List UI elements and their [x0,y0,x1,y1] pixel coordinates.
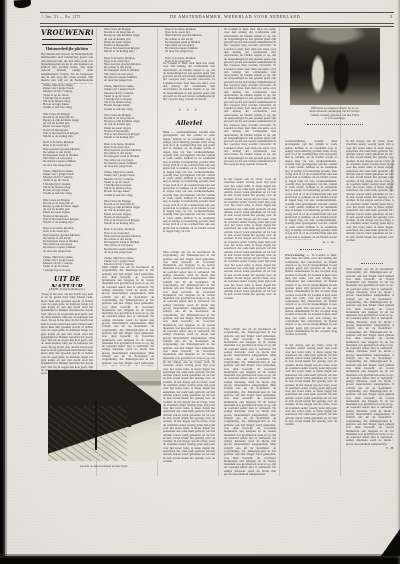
poem-line: Al door het jonge hout. [104,251,155,254]
poem-stanza: Daar is de lente, kindren,Daar is de zoe… [43,227,94,253]
dash-rule [300,249,322,250]
poem-stanza: Zuske, mijn lieve zuske,Zuske van 't jon… [104,257,155,266]
poem-stanza: Olle Claes uit BruggeKwam er de brug nie… [104,28,155,54]
article-subheading: Huismoederlijke plichten [40,46,94,53]
caption-text: Gezicht op den boschrand en den vijver. [44,465,164,468]
dash-rule [361,263,383,264]
body-paragraph: Overwinning — Te Londen is men, naar men… [284,254,338,344]
paragraph-lead: Vier — [163,131,176,134]
poem-line: Al door het jonge hout. [43,250,94,253]
poem-line: Mocht er de koning zijn. [43,135,94,138]
masthead: DE AMSTERDAMMER, WEEKBLAD VOOR NEDERLAND [170,14,300,19]
photo-bottom-left [48,370,161,461]
poem-stanza: Olle Claes uit BruggeKwam er de brug nie… [104,114,155,140]
header-rule-double [40,23,394,27]
photo-top-right-image [290,28,380,105]
poem-line: Zoemt er een late vlieg. [104,194,155,197]
poem-line: Al door het jonge hout. [165,50,216,53]
poem-stanza: Daar is de lente, kindren,Daar is de zoe… [165,28,216,54]
body-paragraph: werkzaamheden, waarbij men gevangenen va… [284,140,338,240]
body-paragraph: Men schrijft ons uit de hoofdstad: de ve… [223,328,277,476]
scan-edge-bottom [0,554,400,564]
scan-artifact-top-left [14,0,31,8]
author-signature: E. Hs. [345,446,394,452]
body-paragraph: Vier — werkzaamheden, waarbij men gevang… [162,131,216,251]
poem-stanza: Zuske, mijn lieve zuske,Zuske van 't jon… [104,85,155,111]
section-divider [345,260,394,268]
poem-stanzas: Zuske, mijn lieve zuske,Zuske van 't jon… [40,84,94,272]
poem-stanza: Daar is de lente, kindren,Daar is de zoe… [104,143,155,169]
body-paragraph: In het dorpje aan de rivier, waar de vee… [162,361,216,477]
article-heading: VROUWENRUBRIEK [41,28,93,38]
post-shape [95,399,97,450]
body-paragraph: Men schrijft ons uit de hoofdstad: de ve… [345,268,394,446]
poem-stanza: Daar is de lente, kindren,Daar is de zoe… [104,228,155,254]
poem-line: Zoemt er een late vlieg. [104,108,155,111]
page-number: 3 [390,14,392,19]
poem-stanza: Olle Claes uit BruggeKwam er de brug nie… [104,200,155,226]
column-4: Te Londen is men, naar men ons seint, ov… [223,28,277,477]
body-paragraph: Te Londen is men, naar men ons seint, ov… [162,62,216,106]
article-heading: UIT DE NATUUR [40,272,94,287]
body-paragraph: In het dorpje aan de rivier, waar de vee… [223,178,277,328]
scan-edge-left [0,0,8,564]
body-paragraph: In het dorpje aan de rivier, waar de vee… [345,140,394,260]
poem-stanza: Zuske, mijn lieve zuske,Zuske van 't jon… [43,256,94,272]
double-rule [42,39,92,45]
caption-rule [307,124,363,125]
poem-stanza: Zuske, mijn lieve zuske,Zuske van 't jon… [43,84,94,110]
photo-top-right-caption: Officieren en aangeworvenen: bij de ge-i… [290,107,380,121]
blank-paper-area [8,480,394,554]
body-paragraph: Men schrijft ons uit de hoofdstad: de ve… [101,266,155,366]
caption-text-line: te 's-Gravenhage. [290,117,380,120]
poem-stanza: Daar is de lente, kindren,Daar is de zoe… [43,141,94,167]
poem-stanzas: Olle Claes uit BruggeKwam er de brug nie… [101,28,155,266]
body-paragraph: Men schrijft ons uit de hoofdstad: de ve… [162,251,216,361]
poem-line: Zoemt er een late vlieg. [43,106,94,109]
photo-top-right: Officieren en aangeworvenen: bij de ge-i… [290,28,380,128]
column-3: Daar is de lente, kindren,Daar is de zoe… [162,28,216,477]
poem-line: Mocht er de koning zijn. [104,136,155,139]
poem-stanza: Zuske, mijn lieve zuske,Zuske van 't jon… [104,171,155,197]
poem-stanza: Olle Claes uit BruggeKwam er de brug nie… [43,199,94,225]
figure-shape [128,420,131,427]
photo-bottom-left-caption: Gezicht op den boschrand en den vijver. [44,465,164,468]
article-heading: Allerlei [162,116,216,131]
poem-stanza: Olle Claes uit BruggeKwam er de brug nie… [43,113,94,139]
body-paragraph: Het duurde een wijl eer de Nederlandsche… [40,53,94,84]
poem-line: Zoemt er een late vlieg. [43,192,94,195]
poem-line: Al door het jonge hout. [104,165,155,168]
body-paragraph: In het dorpje aan de rivier, waar de vee… [284,344,338,430]
section-divider [284,246,338,254]
path-streaks [48,406,127,461]
body-paragraph: Te Londen is men, naar men ons seint, ov… [223,28,277,178]
date-line: 1 Jan. '21 — No. 1273 [42,15,81,19]
poem-line: Mocht er de koning zijn. [43,221,94,224]
poem-stanza: Zuske, mijn lieve zuske,Zuske van 't jon… [43,170,94,196]
poem-stanzas: Daar is de lente, kindren,Daar is de zoe… [162,28,216,62]
paragraph-lead: Overwinning — [285,254,311,257]
poem-line: Al door het jonge hout. [43,164,94,167]
body-paragraph: Vroeg in het jaar, als het bosch nog kaa… [40,293,94,375]
page-header: 1 Jan. '21 — No. 1273 DE AMSTERDAMMER, W… [40,12,394,27]
newspaper-page: 1 Jan. '21 — No. 1273 DE AMSTERDAMMER, W… [0,0,400,564]
poem-line: Al door het jonge hout. [104,79,155,82]
section-stars: * * * [162,106,216,116]
poem-line: Mocht er de koning zijn. [104,222,155,225]
poem-line: Mocht er de koning zijn. [104,50,155,53]
poem-stanza: Daar is de lente, kindren,Daar is de zoe… [104,57,155,83]
